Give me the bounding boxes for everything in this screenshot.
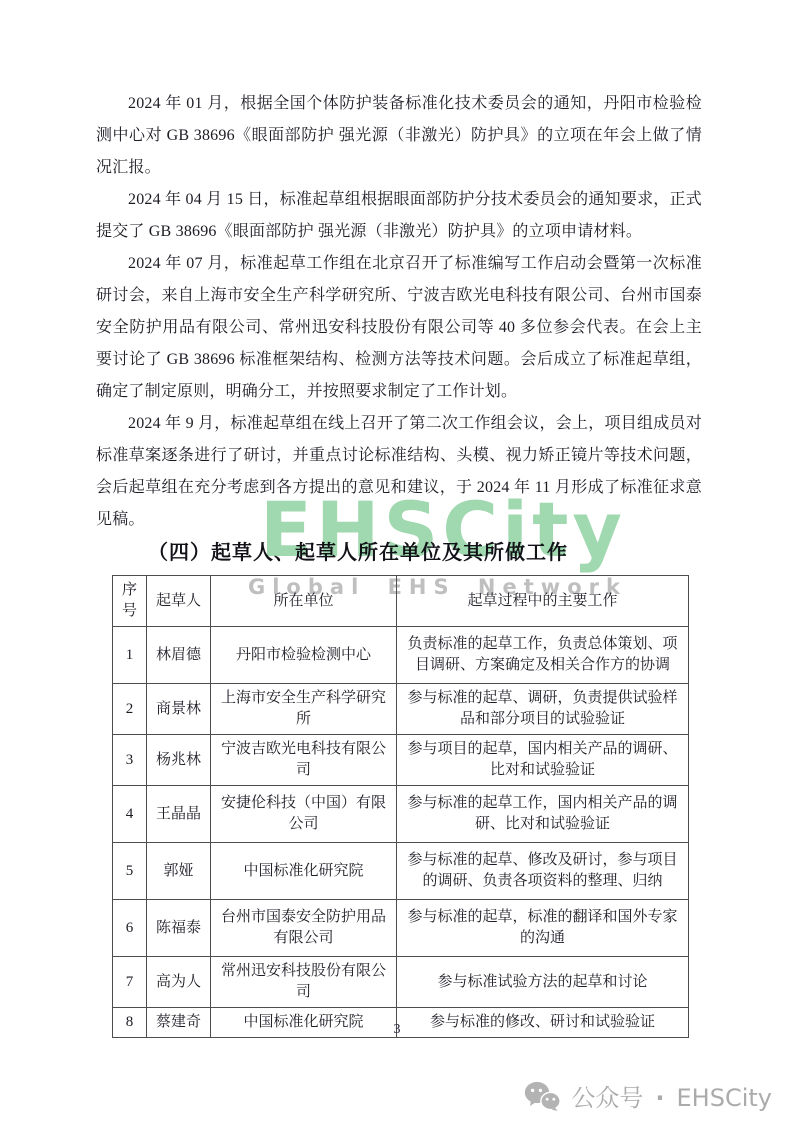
paragraph: 2024 年 01 月，根据全国个体防护装备标准化技术委员会的通知，丹阳市检验检… — [96, 88, 702, 184]
footer-account-name: EHSCity — [677, 1086, 772, 1110]
page-content: 2024 年 01 月，根据全国个体防护装备标准化技术委员会的通知，丹阳市检验检… — [0, 0, 794, 1123]
cell-organization: 丹阳市检验检测中心 — [211, 627, 397, 684]
cell-index: 3 — [113, 735, 147, 786]
drafters-table: 序号 起草人 所在单位 起草过程中的主要工作 1 林眉德 丹阳市检验检测中心 负… — [112, 575, 689, 1038]
cell-index: 7 — [113, 957, 147, 1008]
cell-work: 参与项目的起草，国内相关产品的调研、比对和试验验证 — [397, 735, 689, 786]
cell-work: 参与标准的起草、修改及研讨，参与项目的调研、负责各项资料的整理、归纳 — [397, 843, 689, 900]
cell-drafter: 王晶晶 — [147, 786, 211, 843]
cell-work: 参与标准的起草，标准的翻译和国外专家的沟通 — [397, 900, 689, 957]
paragraph: 2024 年 04 月 15 日，标准起草组根据眼面部防护分技术委员会的通知要求… — [96, 184, 702, 248]
cell-work: 负责标准的起草工作，负责总体策划、项目调研、方案确定及相关合作方的协调 — [397, 627, 689, 684]
cell-organization: 安捷伦科技（中国）有限公司 — [211, 786, 397, 843]
cell-organization: 上海市安全生产科学研究所 — [211, 684, 397, 735]
section-heading: （四）起草人、起草人所在单位及其所做工作 — [148, 536, 568, 565]
footer-wechat-label: 公众号 — [571, 1086, 643, 1110]
header-drafter: 起草人 — [147, 576, 211, 627]
cell-work: 参与标准试验方法的起草和讨论 — [397, 957, 689, 1008]
cell-index: 6 — [113, 900, 147, 957]
footer: 公众号 · EHSCity — [524, 1081, 772, 1115]
table-header-row: 序号 起草人 所在单位 起草过程中的主要工作 — [113, 576, 689, 627]
cell-drafter: 陈福泰 — [147, 900, 211, 957]
footer-separator: · — [655, 1086, 664, 1110]
cell-drafter: 商景林 — [147, 684, 211, 735]
table-row: 2 商景林 上海市安全生产科学研究所 参与标准的起草、调研，负责提供试验样品和部… — [113, 684, 689, 735]
cell-index: 2 — [113, 684, 147, 735]
paragraph: 2024 年 9 月，标准起草组在线上召开了第二次工作组会议，会上，项目组成员对… — [96, 408, 702, 536]
wechat-icon — [524, 1081, 561, 1115]
cell-drafter: 高为人 — [147, 957, 211, 1008]
cell-work: 参与标准的起草工作，国内相关产品的调研、比对和试验验证 — [397, 786, 689, 843]
table-row: 6 陈福泰 台州市国泰安全防护用品有限公司 参与标准的起草，标准的翻译和国外专家… — [113, 900, 689, 957]
header-index: 序号 — [113, 576, 147, 627]
page-number: 3 — [0, 1022, 794, 1038]
table-row: 4 王晶晶 安捷伦科技（中国）有限公司 参与标准的起草工作，国内相关产品的调研、… — [113, 786, 689, 843]
header-main-work: 起草过程中的主要工作 — [397, 576, 689, 627]
cell-index: 4 — [113, 786, 147, 843]
paragraph: 2024 年 07 月，标准起草工作组在北京召开了标准编写工作启动会暨第一次标准… — [96, 248, 702, 408]
document-page: EHSCity Global EHS Network 2024 年 01 月，根… — [0, 0, 794, 1123]
table-row: 7 高为人 常州迅安科技股份有限公司 参与标准试验方法的起草和讨论 — [113, 957, 689, 1008]
cell-drafter: 杨兆林 — [147, 735, 211, 786]
body-paragraphs: 2024 年 01 月，根据全国个体防护装备标准化技术委员会的通知，丹阳市检验检… — [96, 88, 702, 536]
cell-drafter: 林眉德 — [147, 627, 211, 684]
table-row: 5 郭娅 中国标准化研究院 参与标准的起草、修改及研讨，参与项目的调研、负责各项… — [113, 843, 689, 900]
cell-organization: 中国标准化研究院 — [211, 843, 397, 900]
cell-organization: 台州市国泰安全防护用品有限公司 — [211, 900, 397, 957]
cell-index: 1 — [113, 627, 147, 684]
cell-drafter: 郭娅 — [147, 843, 211, 900]
cell-index: 5 — [113, 843, 147, 900]
cell-work: 参与标准的起草、调研，负责提供试验样品和部分项目的试验验证 — [397, 684, 689, 735]
table-row: 1 林眉德 丹阳市检验检测中心 负责标准的起草工作，负责总体策划、项目调研、方案… — [113, 627, 689, 684]
cell-organization: 常州迅安科技股份有限公司 — [211, 957, 397, 1008]
header-organization: 所在单位 — [211, 576, 397, 627]
table-row: 3 杨兆林 宁波吉欧光电科技有限公司 参与项目的起草，国内相关产品的调研、比对和… — [113, 735, 689, 786]
cell-organization: 宁波吉欧光电科技有限公司 — [211, 735, 397, 786]
